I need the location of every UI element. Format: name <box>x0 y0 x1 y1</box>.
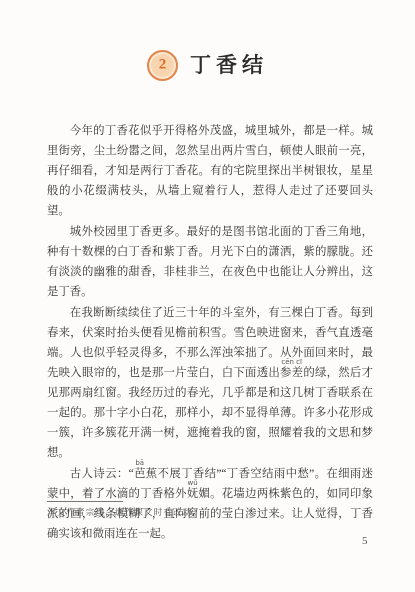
lesson-title: 丁香结 <box>190 55 268 76</box>
footnote-text: 本文作者宗璞，选作课文时有改动。 <box>47 507 373 517</box>
pinyin-label: cēn cī <box>281 359 302 366</box>
paragraph: 今年的丁香花似乎开得格外茂盛，城里城外，都是一样。城里街旁，尘土纷嚣之间，忽然呈… <box>47 121 373 221</box>
lesson-body: 今年的丁香花似乎开得格外茂盛，城里城外，都是一样。城里街旁，尘土纷嚣之间，忽然呈… <box>47 121 373 545</box>
lesson-number: 2 <box>159 58 167 73</box>
textbook-page: 2 丁香结 今年的丁香花似乎开得格外茂盛，城里城外，都是一样。城里街旁，尘土纷嚣… <box>0 0 415 592</box>
footnote-divider <box>47 501 123 502</box>
footnote: 本文作者宗璞，选作课文时有改动。 <box>47 501 373 517</box>
lesson-number-badge: 2 <box>147 50 178 81</box>
pinyin-label: wǔ <box>188 480 198 487</box>
page-number: 5 <box>362 535 368 547</box>
pinyin-annotated-word: 参差cēn cī <box>280 367 303 379</box>
lesson-header: 2 丁香结 <box>0 50 415 81</box>
pinyin-annotated-word: 妩wǔ <box>187 488 199 500</box>
paragraph: 城外校园里丁香更多。最好的是图书馆北面的丁香三角地，种有十数棵的白丁香和紫丁香。… <box>47 222 373 302</box>
pinyin-label: bā <box>135 460 144 467</box>
paragraph: 在我断断续续住了近三十年的斗室外，有三棵白丁香。每到春来，伏案时抬头便看见檐前积… <box>47 303 373 463</box>
pinyin-annotated-word: 芭bā <box>134 468 146 480</box>
